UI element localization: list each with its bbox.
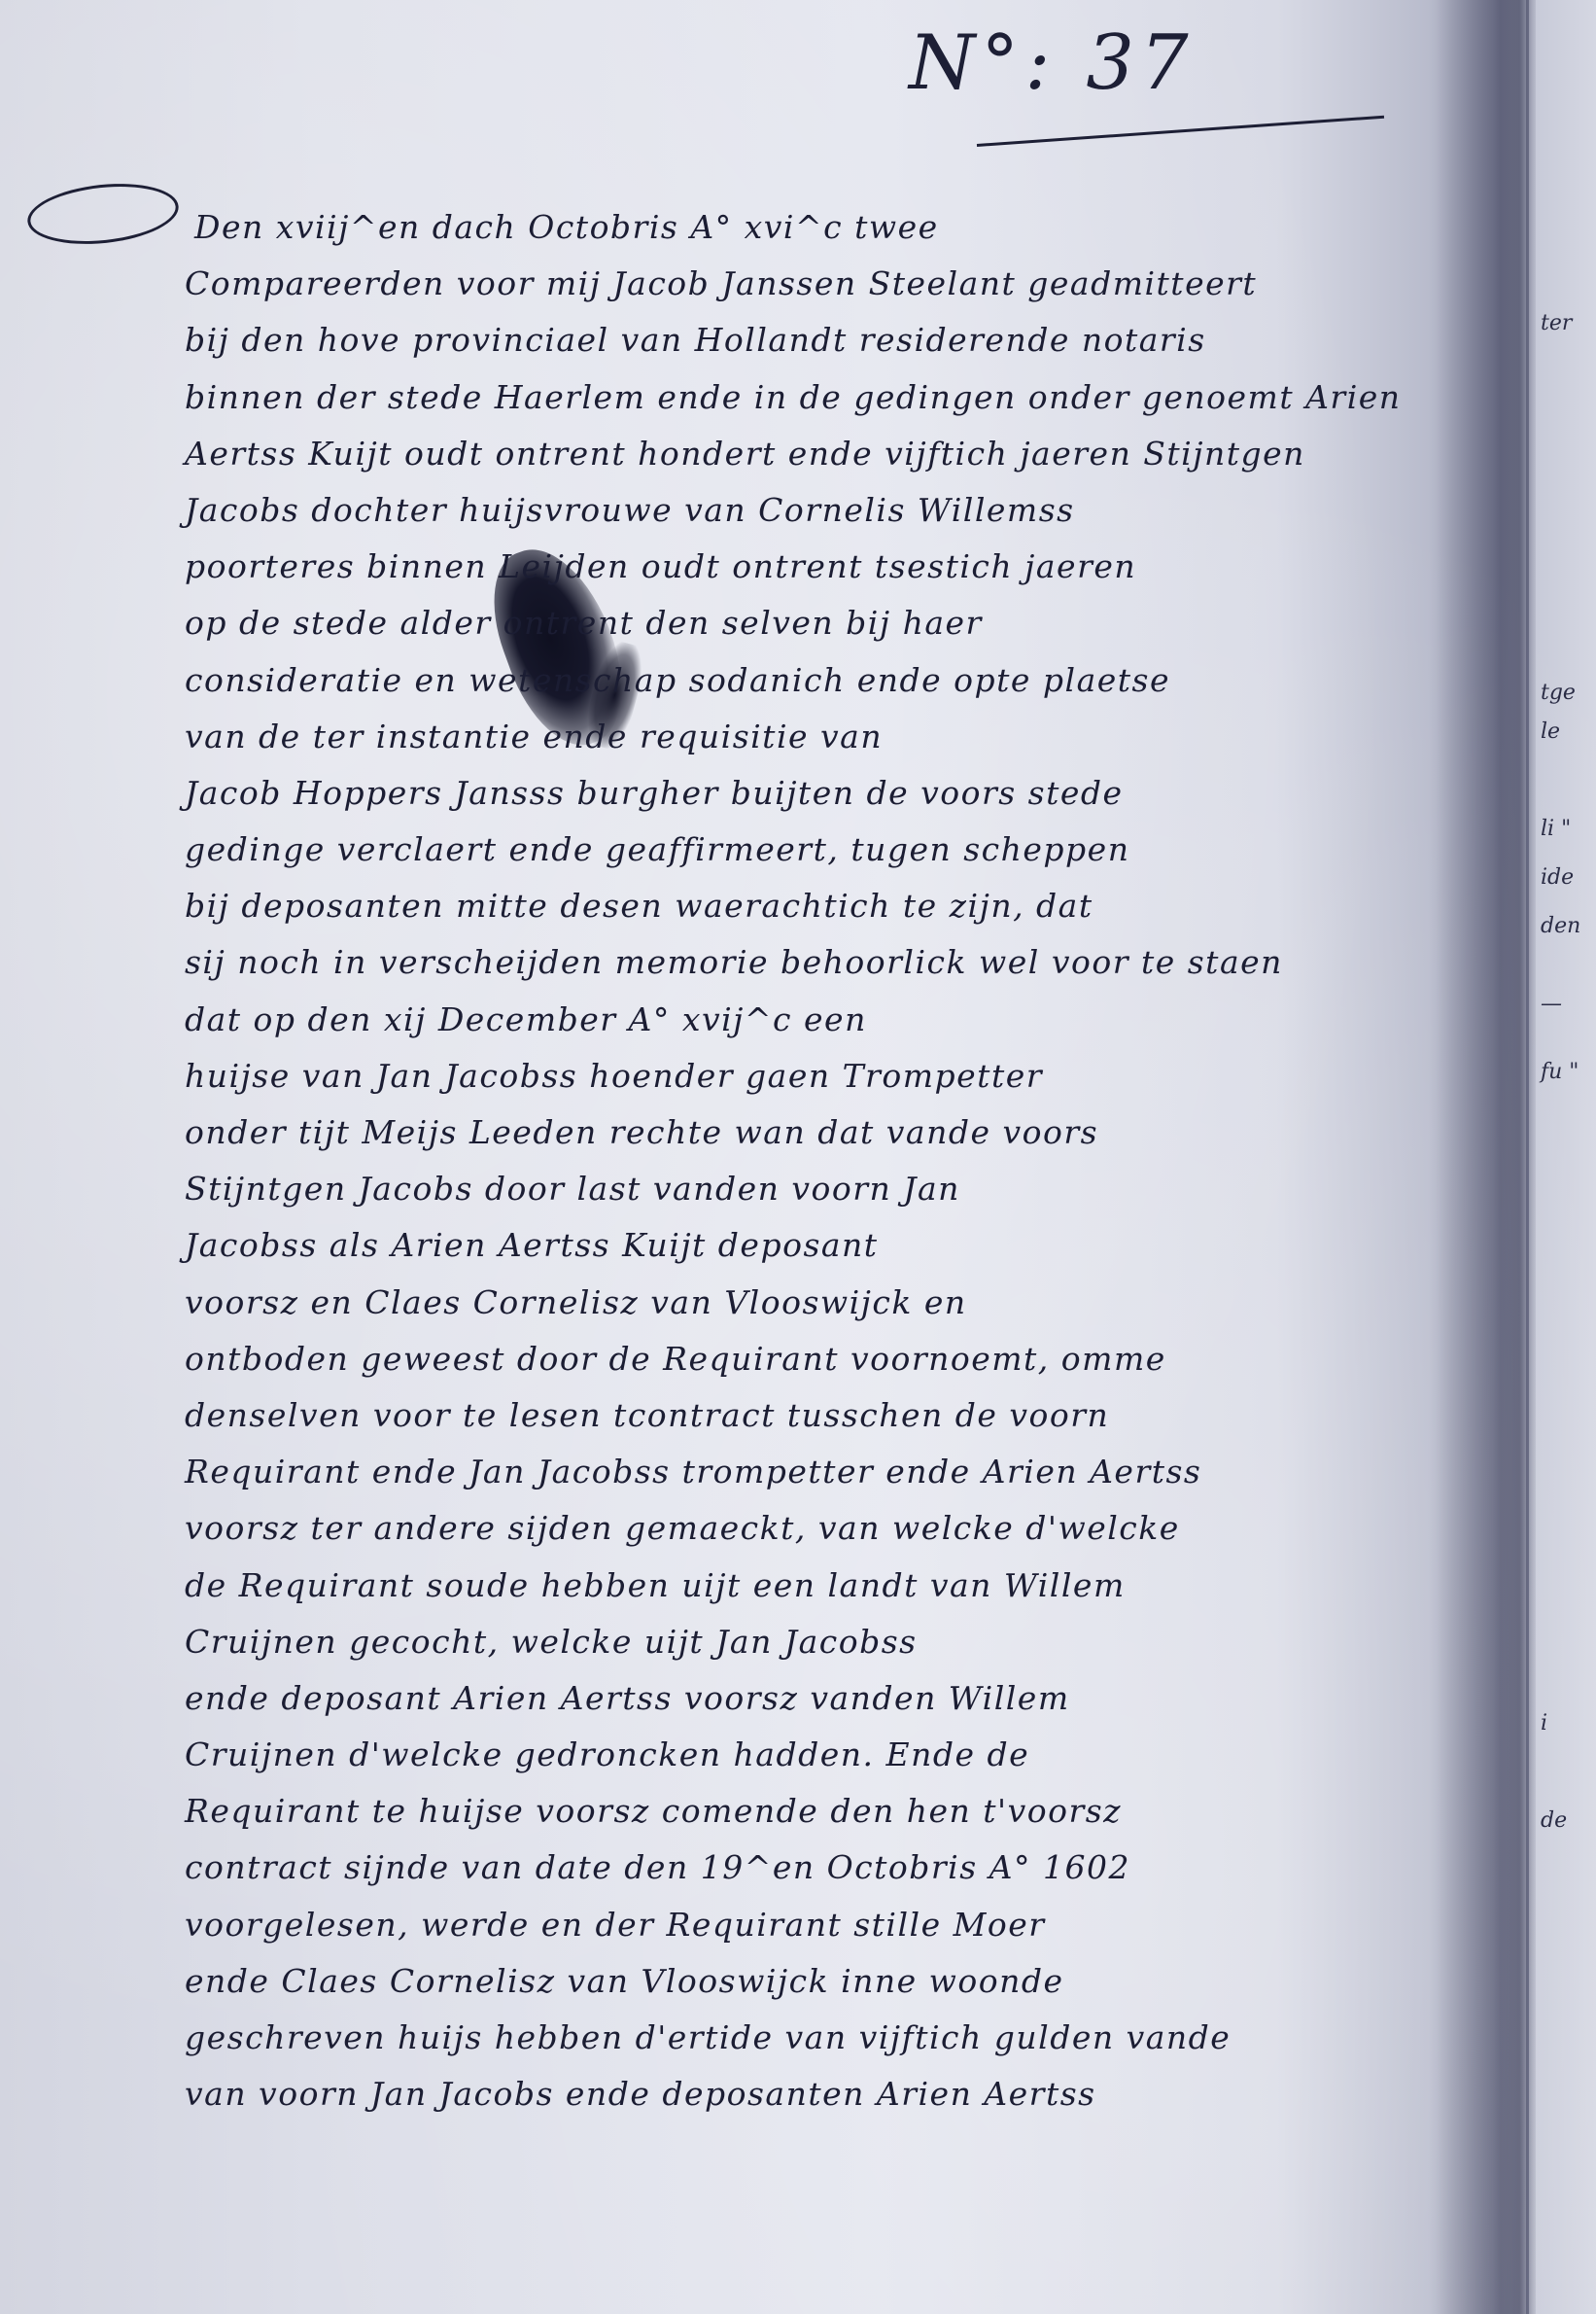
- folio-underline: [977, 116, 1384, 147]
- text-line-26: Cruijnen gecocht, welcke uijt Jan Jacobs…: [185, 1614, 1507, 1670]
- margin-note: li ": [1541, 817, 1571, 841]
- text-line-31: voorgelesen, werde en der Requirant stil…: [185, 1897, 1507, 1953]
- text-line-20: voorsz en Claes Cornelisz van Vlooswijck…: [185, 1275, 1507, 1331]
- text-line-11: Jacob Hoppers Jansss burgher buijten de …: [185, 765, 1507, 822]
- text-line-3: bij den hove provinciael van Hollandt re…: [185, 312, 1507, 368]
- text-line-24: voorsz ter andere sijden gemaeckt, van w…: [185, 1500, 1507, 1557]
- margin-note: ter: [1541, 311, 1572, 335]
- text-line-22: denselven voor te lesen tcontract tussch…: [185, 1387, 1507, 1444]
- text-line-9: consideratie en wetenschap sodanich ende…: [185, 652, 1507, 709]
- text-line-4: binnen der stede Haerlem ende in de gedi…: [185, 369, 1507, 426]
- text-line-25: de Requirant soude hebben uijt een landt…: [185, 1558, 1507, 1614]
- text-line-7: poorteres binnen Leijden oudt ontrent ts…: [185, 539, 1507, 595]
- margin-note: den: [1541, 914, 1580, 938]
- manuscript-page: N°: 37 Den xviij^en dach Octobris A° xvi…: [0, 0, 1596, 2314]
- text-line-29: Requirant te huijse voorsz comende den h…: [185, 1783, 1507, 1840]
- initial-letter-flourish: [24, 177, 181, 251]
- text-line-8: op de stede alder ontrent den selven bij…: [185, 595, 1507, 651]
- text-line-10: van de ter instantie ende requisitie van: [185, 709, 1507, 765]
- text-line-17: onder tijt Meijs Leeden rechte wan dat v…: [185, 1104, 1507, 1161]
- text-line-30: contract sijnde van date den 19^en Octob…: [185, 1840, 1507, 1896]
- page-edge: [1526, 0, 1529, 2314]
- text-line-21: ontboden geweest door de Requirant voorn…: [185, 1331, 1507, 1387]
- text-line-13: bij deposanten mitte desen waerachtich t…: [185, 878, 1507, 934]
- text-line-18: Stijntgen Jacobs door last vanden voorn …: [185, 1161, 1507, 1217]
- text-line-33: geschreven huijs hebben d'ertide van vij…: [185, 2010, 1507, 2066]
- text-line-23: Requirant ende Jan Jacobss trompetter en…: [185, 1444, 1507, 1500]
- folio-number: N°: 37: [909, 19, 1195, 107]
- margin-note: i: [1541, 1711, 1547, 1735]
- margin-note: fu ": [1541, 1060, 1579, 1084]
- text-line-15: dat op den xij December A° xvij^c een: [185, 992, 1507, 1048]
- text-line-6: Jacobs dochter huijsvrouwe van Cornelis …: [185, 482, 1507, 539]
- text-line-16: huijse van Jan Jacobss hoender gaen Trom…: [185, 1048, 1507, 1104]
- margin-note: de: [1541, 1808, 1567, 1833]
- text-line-2: Compareerden voor mij Jacob Janssen Stee…: [185, 256, 1507, 312]
- text-line-12: gedinge verclaert ende geaffirmeert, tug…: [185, 822, 1507, 878]
- text-line-34: van voorn Jan Jacobs ende deposanten Ari…: [185, 2066, 1507, 2122]
- margin-note: —: [1541, 992, 1562, 1016]
- deed-body-text: Den xviij^en dach Octobris A° xvi^c twee…: [185, 199, 1507, 2122]
- text-line-27: ende deposant Arien Aertss voorsz vanden…: [185, 1670, 1507, 1727]
- text-line-14: sij noch in verscheijden memorie behoorl…: [185, 934, 1507, 991]
- text-line-32: ende Claes Cornelisz van Vlooswijck inne…: [185, 1953, 1507, 2010]
- text-line-28: Cruijnen d'welcke gedroncken hadden. End…: [185, 1727, 1507, 1783]
- text-line-1: Den xviij^en dach Octobris A° xvi^c twee: [185, 199, 1507, 256]
- margin-note: ide: [1541, 865, 1574, 890]
- margin-note: tge: [1541, 681, 1576, 705]
- text-line-19: Jacobss als Arien Aertss Kuijt deposant: [185, 1217, 1507, 1274]
- text-line-5: Aertss Kuijt oudt ontrent hondert ende v…: [185, 426, 1507, 482]
- margin-note: le: [1541, 719, 1560, 744]
